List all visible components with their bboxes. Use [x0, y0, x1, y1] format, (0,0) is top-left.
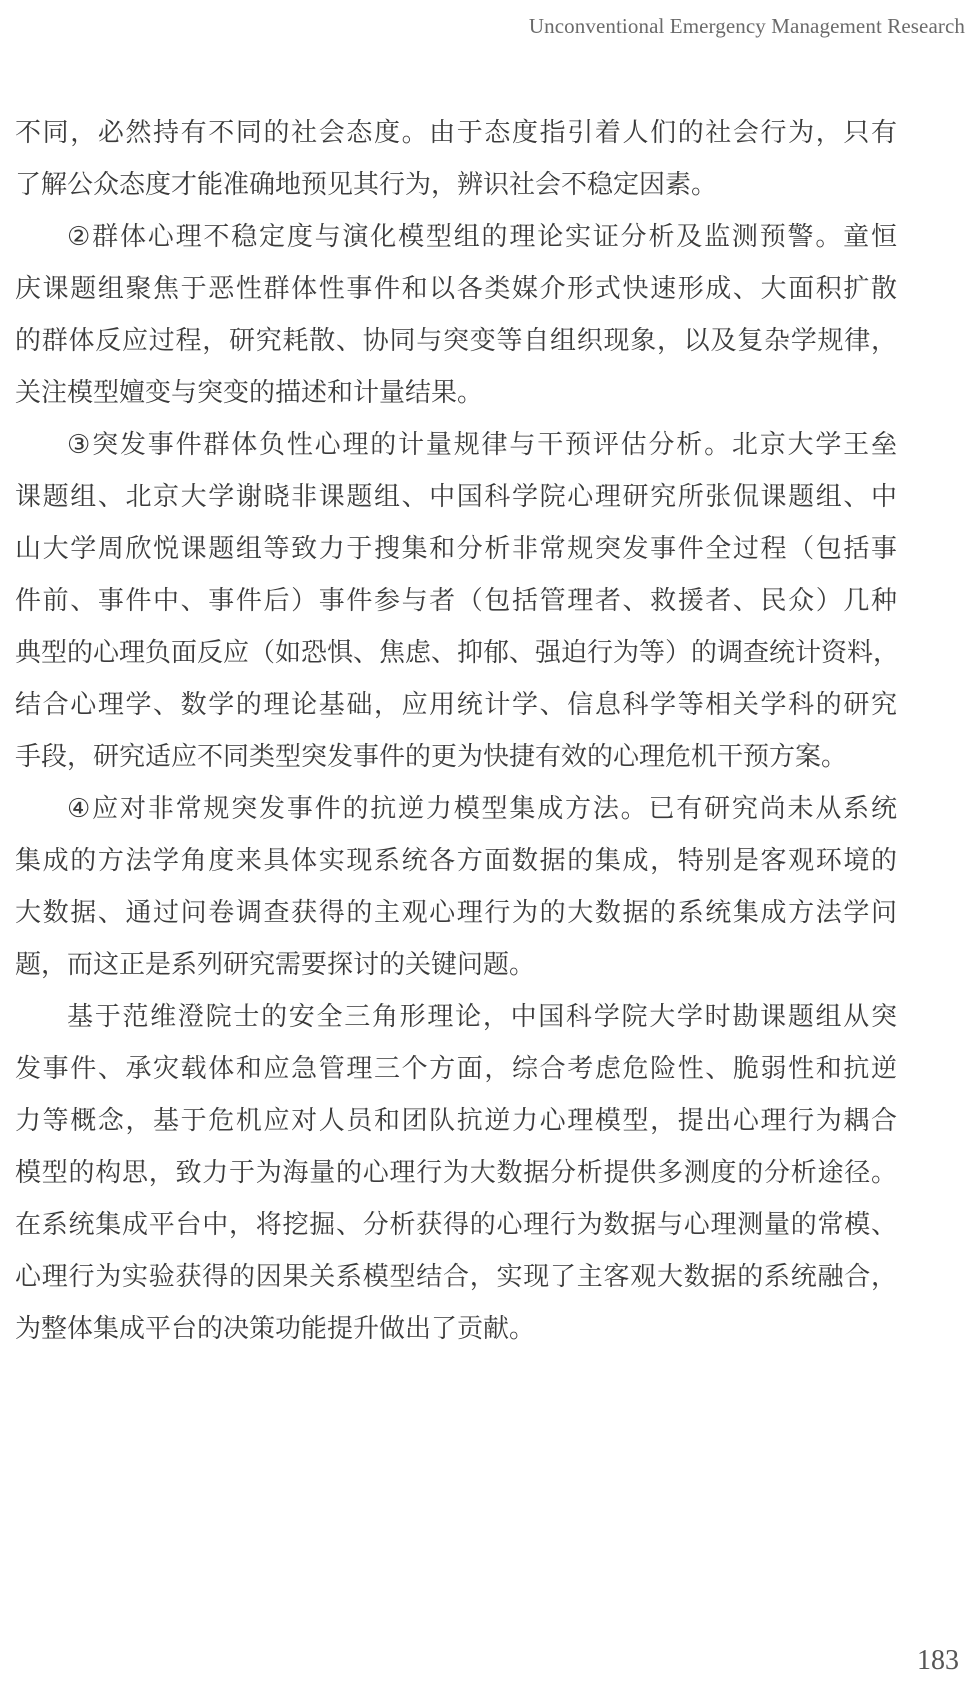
- text-line: 为整体集成平台的决策功能提升做出了贡献。: [15, 1309, 897, 1361]
- text-line: 力等概念，基于危机应对人员和团队抗逆力心理模型，提出心理行为耦合: [15, 1101, 897, 1153]
- text-line: 集成的方法学角度来具体实现系统各方面数据的集成，特别是客观环境的: [15, 841, 897, 893]
- running-header-title: Unconventional Emergency Management Rese…: [529, 14, 965, 39]
- text-line: 课题组、北京大学谢晓非课题组、中国科学院心理研究所张侃课题组、中: [15, 477, 897, 529]
- text-line: 的群体反应过程，研究耗散、协同与突变等自组织现象，以及复杂学规律，: [15, 321, 897, 373]
- paragraph-2: ②群体心理不稳定度与演化模型组的理论实证分析及监测预警。童恒 庆课题组聚焦于恶性…: [15, 217, 897, 425]
- text-line: 基于范维澄院士的安全三角形理论，中国科学院大学时勘课题组从突: [15, 997, 897, 1049]
- text-line: 心理行为实验获得的因果关系模型结合，实现了主客观大数据的系统融合，: [15, 1257, 897, 1309]
- paragraph-3: ③突发事件群体负性心理的计量规律与干预评估分析。北京大学王垒 课题组、北京大学谢…: [15, 425, 897, 789]
- page-number: 183: [917, 1645, 959, 1677]
- text-line: 手段，研究适应不同类型突发事件的更为快捷有效的心理危机干预方案。: [15, 737, 897, 789]
- paragraph-5: 基于范维澄院士的安全三角形理论，中国科学院大学时勘课题组从突 发事件、承灾载体和…: [15, 997, 897, 1361]
- text-line: 不同，必然持有不同的社会态度。由于态度指引着人们的社会行为，只有: [15, 113, 897, 165]
- text-line: 发事件、承灾载体和应急管理三个方面，综合考虑危险性、脆弱性和抗逆: [15, 1049, 897, 1101]
- text-line: ③突发事件群体负性心理的计量规律与干预评估分析。北京大学王垒: [15, 425, 897, 477]
- paragraph-4: ④应对非常规突发事件的抗逆力模型集成方法。已有研究尚未从系统 集成的方法学角度来…: [15, 789, 897, 997]
- paragraph-1: 不同，必然持有不同的社会态度。由于态度指引着人们的社会行为，只有 了解公众态度才…: [15, 113, 897, 217]
- text-line: 题，而这正是系列研究需要探讨的关键问题。: [15, 945, 897, 997]
- text-line: 典型的心理负面反应（如恐惧、焦虑、抑郁、强迫行为等）的调查统计资料，: [15, 633, 897, 685]
- body-text: 不同，必然持有不同的社会态度。由于态度指引着人们的社会行为，只有 了解公众态度才…: [15, 113, 897, 1361]
- text-line: ④应对非常规突发事件的抗逆力模型集成方法。已有研究尚未从系统: [15, 789, 897, 841]
- text-line: 模型的构思，致力于为海量的心理行为大数据分析提供多测度的分析途径。: [15, 1153, 897, 1205]
- text-line: 在系统集成平台中，将挖掘、分析获得的心理行为数据与心理测量的常模、: [15, 1205, 897, 1257]
- text-line: ②群体心理不稳定度与演化模型组的理论实证分析及监测预警。童恒: [15, 217, 897, 269]
- text-line: 庆课题组聚焦于恶性群体性事件和以各类媒介形式快速形成、大面积扩散: [15, 269, 897, 321]
- text-line: 件前、事件中、事件后）事件参与者（包括管理者、救援者、民众）几种: [15, 581, 897, 633]
- text-line: 了解公众态度才能准确地预见其行为，辨识社会不稳定因素。: [15, 165, 897, 217]
- text-line: 山大学周欣悦课题组等致力于搜集和分析非常规突发事件全过程（包括事: [15, 529, 897, 581]
- text-line: 结合心理学、数学的理论基础，应用统计学、信息科学等相关学科的研究: [15, 685, 897, 737]
- text-line: 大数据、通过问卷调查获得的主观心理行为的大数据的系统集成方法学问: [15, 893, 897, 945]
- text-line: 关注模型嬗变与突变的描述和计量结果。: [15, 373, 897, 425]
